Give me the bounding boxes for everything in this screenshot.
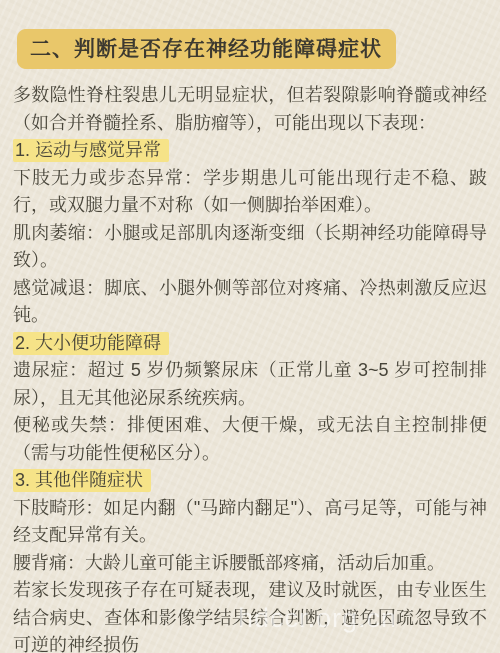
- section-3-heading: 3. 其他伴随症状: [13, 469, 151, 492]
- page-title: 二、判断是否存在神经功能障碍症状: [30, 38, 382, 61]
- section-2-heading: 2. 大小便功能障碍: [13, 332, 169, 355]
- section-1-heading: 1. 运动与感觉异常: [13, 139, 169, 162]
- section-1-heading-line: 1. 运动与感觉异常: [13, 137, 487, 165]
- section-2-paragraph-2: 便秘或失禁：排便困难、大便干燥，或无法自主控制排便（需与功能性便秘区分）。: [13, 412, 487, 467]
- title-row: 二、判断是否存在神经功能障碍症状: [0, 0, 500, 69]
- section-1-paragraph-2: 肌肉萎缩：小腿或足部肌肉逐渐变细（长期神经功能障碍导致）。: [13, 220, 487, 275]
- section-3-paragraph-1: 下肢畸形：如足内翻（"马蹄内翻足"）、高弓足等，可能与神经支配异常有关。: [13, 495, 487, 550]
- section-1-paragraph-1: 下肢无力或步态异常：学步期患儿可能出现行走不稳、跛行，或双腿力量不对称（如一侧脚…: [13, 165, 487, 220]
- section-3-paragraph-2: 腰背痛：大龄儿童可能主诉腰骶部疼痛，活动后加重。: [13, 550, 487, 578]
- section-1-paragraph-3: 感觉减退：脚底、小腿外侧等部位对疼痛、冷热刺激反应迟钝。: [13, 275, 487, 330]
- intro-paragraph: 多数隐性脊柱裂患儿无明显症状，但若裂隙影响脊髓或神经（如合并脊髓拴系、脂肪瘤等）…: [13, 82, 487, 137]
- content-area: 多数隐性脊柱裂患儿无明显症状，但若裂隙影响脊髓或神经（如合并脊髓拴系、脂肪瘤等）…: [0, 69, 500, 653]
- infographic-page: 二、判断是否存在神经功能障碍症状 多数隐性脊柱裂患儿无明显症状，但若裂隙影响脊髓…: [0, 0, 500, 653]
- section-2-heading-line: 2. 大小便功能障碍: [13, 330, 487, 358]
- section-2-paragraph-1: 遗尿症：超过 5 岁仍频繁尿床（正常儿童 3~5 岁可控制排尿），且无其他泌尿系…: [13, 357, 487, 412]
- title-banner: 二、判断是否存在神经功能障碍症状: [17, 29, 396, 69]
- section-3-heading-line: 3. 其他伴随症状: [13, 467, 487, 495]
- closing-paragraph: 若家长发现孩子存在可疑表现，建议及时就医，由专业医生结合病史、查体和影像学结果综…: [13, 577, 487, 653]
